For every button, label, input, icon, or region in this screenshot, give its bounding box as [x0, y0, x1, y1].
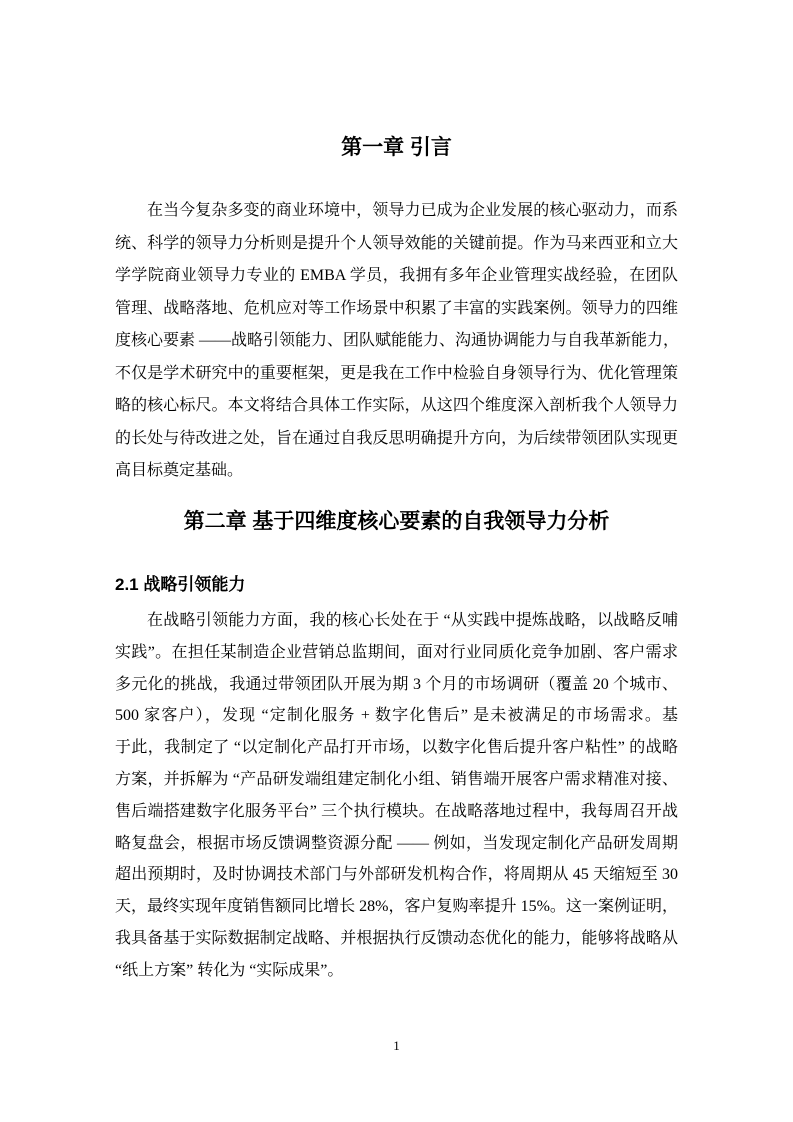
- section-2-1-paragraph: 在战略引领能力方面，我的核心长处在于 “从实践中提炼战略，以战略反哺 实践”。在…: [115, 605, 678, 987]
- paragraph-line: 多元化的挑战，我通过带领团队开展为期 3 个月的市场调研（覆盖 20 个城市、: [115, 669, 678, 701]
- paragraph-line: 不仅是学术研究中的重要框架，更是我在工作中检验自身领导行为、优化管理策: [115, 358, 678, 391]
- paragraph-line: 超出预期时，及时协调技术部门与外部研发机构合作，将周期从 45 天缩短至 30: [115, 859, 678, 891]
- paragraph-line: 度核心要素 ——战略引领能力、团队赋能能力、沟通协调能力与自我革新能力，: [115, 325, 678, 358]
- paragraph-line: 在战略引领能力方面，我的核心长处在于 “从实践中提炼战略，以战略反哺: [115, 605, 678, 637]
- paragraph-line: 500 家客户），发现 “定制化服务 + 数字化售后” 是未被满足的市场需求。基: [115, 700, 678, 732]
- chapter-1-title: 第一章 引言: [0, 134, 793, 162]
- paragraph-line: 学学院商业领导力专业的 EMBA 学员，我拥有多年企业管理实战经验，在团队: [115, 260, 678, 293]
- paragraph-line: 统、科学的领导力分析则是提升个人领导效能的关键前提。作为马来西亚和立大: [115, 228, 678, 261]
- paragraph-line: 略的核心标尺。本文将结合具体工作实际，从这四个维度深入剖析我个人领导力: [115, 390, 678, 423]
- paragraph-line: 实践”。在担任某制造企业营销总监期间，面对行业同质化竞争加剧、客户需求: [115, 637, 678, 669]
- paragraph-line: 略复盘会，根据市场反馈调整资源分配 —— 例如，当发现定制化产品研发周期: [115, 828, 678, 860]
- section-2-1-heading: 2.1 战略引领能力: [115, 573, 678, 597]
- chapter-2-title: 第二章 基于四维度核心要素的自我领导力分析: [0, 508, 793, 536]
- paragraph-line: “纸上方案” 转化为 “实际成果”。: [115, 955, 678, 987]
- paragraph-line: 管理、战略落地、危机应对等工作场景中积累了丰富的实践案例。领导力的四维: [115, 293, 678, 326]
- paragraph-line: 于此，我制定了 “以定制化产品打开市场，以数字化售后提升客户粘性” 的战略: [115, 732, 678, 764]
- document-page: 第一章 引言 在当今复杂多变的商业环境中，领导力已成为企业发展的核心驱动力，而系…: [0, 0, 793, 1122]
- paragraph-line: 在当今复杂多变的商业环境中，领导力已成为企业发展的核心驱动力，而系: [115, 195, 678, 228]
- paragraph-line: 高目标奠定基础。: [115, 455, 678, 488]
- paragraph-line: 方案，并拆解为 “产品研发端组建定制化小组、销售端开展客户需求精准对接、: [115, 764, 678, 796]
- paragraph-line: 我具备基于实际数据制定战略、并根据执行反馈动态优化的能力，能够将战略从: [115, 923, 678, 955]
- chapter-1-paragraph: 在当今复杂多变的商业环境中，领导力已成为企业发展的核心驱动力，而系 统、科学的领…: [115, 195, 678, 488]
- paragraph-line: 的长处与待改进之处，旨在通过自我反思明确提升方向，为后续带领团队实现更: [115, 423, 678, 456]
- page-number: 1: [0, 1038, 793, 1054]
- paragraph-line: 售后端搭建数字化服务平台” 三个执行模块。在战略落地过程中，我每周召开战: [115, 796, 678, 828]
- paragraph-line: 天，最终实现年度销售额同比增长 28%，客户复购率提升 15%。这一案例证明，: [115, 891, 678, 923]
